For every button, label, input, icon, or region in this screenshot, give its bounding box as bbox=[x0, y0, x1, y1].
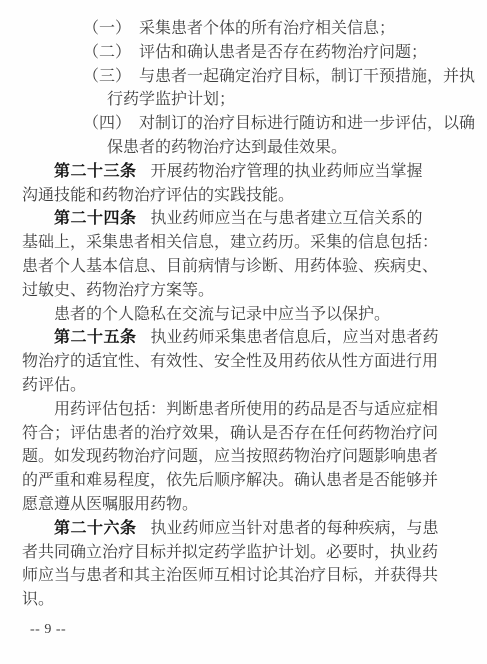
article-number: 第二十六条 bbox=[54, 520, 137, 537]
line-text: 者共同确立治疗目标并拟定药学监护计划。必要时，执业药 bbox=[22, 544, 438, 561]
article-number: 第二十四条 bbox=[54, 210, 137, 227]
body-line: 师应当与患者和其主治医师互相讨论其治疗目标，并获得共 bbox=[22, 564, 484, 588]
body-line: 药评估。 bbox=[22, 374, 484, 398]
line-text: 过敏史、药物治疗方案等。 bbox=[22, 282, 214, 299]
article-number: 第二十五条 bbox=[54, 329, 137, 346]
body-line: 物治疗的适宜性、有效性、安全性及用药依从性方面进行用 bbox=[22, 350, 484, 374]
body-line: 识。 bbox=[22, 588, 484, 612]
line-text: 物治疗的适宜性、有效性、安全性及用药依从性方面进行用 bbox=[22, 353, 438, 370]
line-text: 执业药师应当针对患者的每种疾病，与患 bbox=[151, 520, 439, 537]
line-text: 与患者一起确定治疗目标，制订干预措施，并执 bbox=[139, 68, 475, 85]
line-text: 保患者的药物治疗达到最佳效果。 bbox=[107, 139, 347, 156]
line-text: 题。如发现药物治疗问题，应当按照药物治疗问题影响患者 bbox=[22, 448, 438, 465]
line-text: 药评估。 bbox=[22, 377, 86, 394]
line-text: 评估和确认患者是否存在药物治疗问题； bbox=[139, 44, 427, 61]
list-item: （四）对制订的治疗目标进行随访和进一步评估，以确 bbox=[22, 112, 484, 136]
line-text: 识。 bbox=[22, 591, 54, 608]
body-line: 者共同确立治疗目标并拟定药学监护计划。必要时，执业药 bbox=[22, 541, 484, 565]
list-item-continuation: 保患者的药物治疗达到最佳效果。 bbox=[22, 136, 484, 160]
body-line: 符合；评估患者的治疗效果，确认是否存在任何药物治疗问 bbox=[22, 422, 484, 446]
paragraph-start: 患者的个人隐私在交流与记录中应当予以保护。 bbox=[22, 303, 484, 327]
page-number: -- 9 -- bbox=[22, 618, 484, 642]
list-item: （三）与患者一起确定治疗目标，制订干预措施，并执 bbox=[22, 65, 484, 89]
document-text-block: （一）采集患者个体的所有治疗相关信息； （二）评估和确认患者是否存在药物治疗问题… bbox=[22, 17, 484, 642]
line-text: 愿意遵从医嘱服用药物。 bbox=[22, 496, 198, 513]
body-line: 沟通技能和药物治疗评估的实践技能。 bbox=[22, 184, 484, 208]
item-number: （四） bbox=[83, 115, 131, 132]
article-paragraph: 第二十五条执业药师采集患者信息后，应当对患者药 bbox=[22, 326, 484, 350]
line-text: 采集患者个体的所有治疗相关信息； bbox=[139, 20, 395, 37]
item-number: （三） bbox=[83, 68, 131, 85]
paragraph-start: 用药评估包括：判断患者所使用的药品是否与适应症相 bbox=[22, 398, 484, 422]
article-paragraph: 第二十六条执业药师应当针对患者的每种疾病，与患 bbox=[22, 517, 484, 541]
body-line: 题。如发现药物治疗问题，应当按照药物治疗问题影响患者 bbox=[22, 445, 484, 469]
list-item: （二）评估和确认患者是否存在药物治疗问题； bbox=[22, 41, 484, 65]
line-text: 的严重和难易程度，依先后顺序解决。确认患者是否能够并 bbox=[22, 472, 438, 489]
list-item: （一）采集患者个体的所有治疗相关信息； bbox=[22, 17, 484, 41]
line-text: 开展药物治疗管理的执业药师应当掌握 bbox=[151, 163, 423, 180]
line-text: 师应当与患者和其主治医师互相讨论其治疗目标，并获得共 bbox=[22, 567, 438, 584]
article-paragraph: 第二十四条执业药师应当在与患者建立互信关系的 bbox=[22, 207, 484, 231]
line-text: 患者个人基本信息、目前病情与诊断、用药体验、疾病史、 bbox=[22, 258, 438, 275]
line-text: 执业药师采集患者信息后，应当对患者药 bbox=[151, 329, 439, 346]
item-number: （一） bbox=[83, 20, 131, 37]
document-page: （一）采集患者个体的所有治疗相关信息； （二）评估和确认患者是否存在药物治疗问题… bbox=[0, 0, 487, 664]
line-text: 患者的个人隐私在交流与记录中应当予以保护。 bbox=[54, 306, 390, 323]
line-text: 沟通技能和药物治疗评估的实践技能。 bbox=[22, 187, 294, 204]
list-item-continuation: 行药学监护计划； bbox=[22, 88, 484, 112]
body-line: 基础上，采集患者相关信息，建立药历。采集的信息包括： bbox=[22, 231, 484, 255]
line-text: 对制订的治疗目标进行随访和进一步评估，以确 bbox=[139, 115, 475, 132]
line-text: 行药学监护计划； bbox=[107, 91, 235, 108]
line-text: 用药评估包括：判断患者所使用的药品是否与适应症相 bbox=[54, 401, 438, 418]
body-line: 的严重和难易程度，依先后顺序解决。确认患者是否能够并 bbox=[22, 469, 484, 493]
line-text: 符合；评估患者的治疗效果，确认是否存在任何药物治疗问 bbox=[22, 425, 438, 442]
body-line: 患者个人基本信息、目前病情与诊断、用药体验、疾病史、 bbox=[22, 255, 484, 279]
article-paragraph: 第二十三条开展药物治疗管理的执业药师应当掌握 bbox=[22, 160, 484, 184]
body-line: 愿意遵从医嘱服用药物。 bbox=[22, 493, 484, 517]
article-number: 第二十三条 bbox=[54, 163, 137, 180]
line-text: 执业药师应当在与患者建立互信关系的 bbox=[151, 210, 423, 227]
line-text: 基础上，采集患者相关信息，建立药历。采集的信息包括： bbox=[22, 234, 438, 251]
item-number: （二） bbox=[83, 44, 131, 61]
body-line: 过敏史、药物治疗方案等。 bbox=[22, 279, 484, 303]
